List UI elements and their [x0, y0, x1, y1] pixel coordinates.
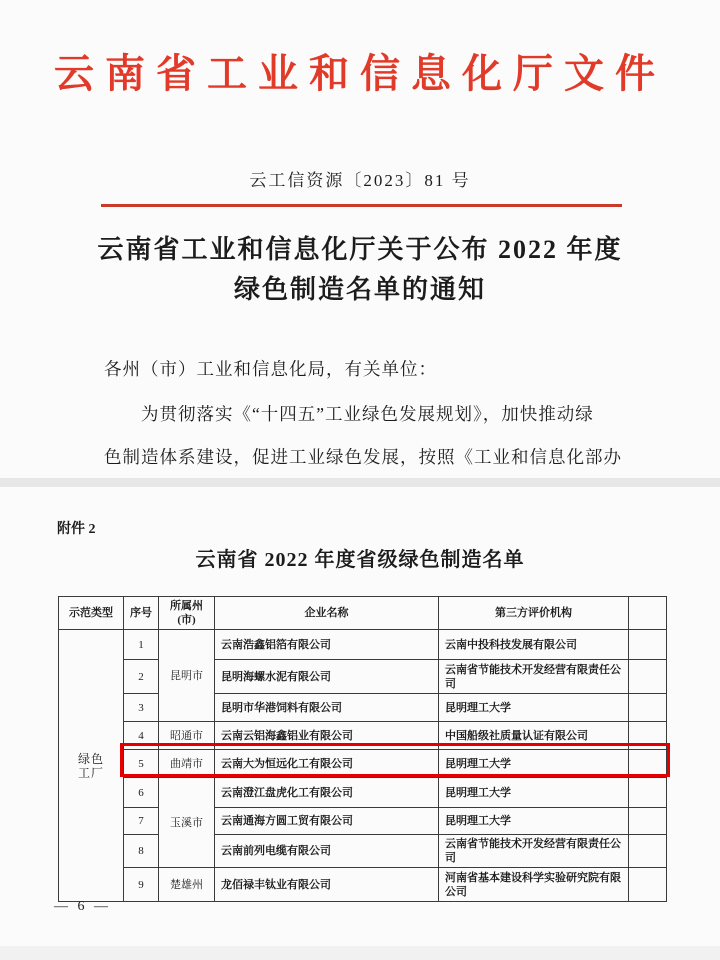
table-row-highlighted: 5 曲靖市 云南大为恒远化工有限公司 昆明理工大学	[59, 750, 667, 778]
region-cell: 玉溪市	[159, 778, 215, 868]
salutation-line: 各州（市）工业和信息化局，有关单位：	[104, 356, 620, 381]
table-header-row: 示范类型 序号 所属州(市) 企业名称 第三方评价机构	[59, 597, 667, 630]
table-row: 8 云南前列电缆有限公司 云南省节能技术开发经营有限责任公司	[59, 835, 667, 868]
blank-cell	[629, 808, 667, 835]
blank-cell	[629, 868, 667, 902]
seq-cell: 2	[124, 660, 159, 694]
green-manufacturing-table: 示范类型 序号 所属州(市) 企业名称 第三方评价机构 绿色 工厂 1 昆明市 …	[58, 596, 667, 902]
category-cell: 绿色 工厂	[59, 630, 124, 902]
evaluator-cell: 昆明理工大学	[439, 694, 629, 722]
company-cell: 云南通海方圆工贸有限公司	[215, 808, 439, 835]
notice-title: 云南省工业和信息化厅关于公布 2022 年度 绿色制造名单的通知	[40, 230, 680, 310]
seq-cell: 5	[124, 750, 159, 778]
green-manufacturing-table-wrap: 示范类型 序号 所属州(市) 企业名称 第三方评价机构 绿色 工厂 1 昆明市 …	[58, 596, 666, 902]
blank-cell	[629, 722, 667, 750]
scanned-document-view: { "colors": { "header_red": "#e23a29", "…	[0, 0, 720, 960]
region-cell: 楚雄州	[159, 868, 215, 902]
company-cell: 昆明海螺水泥有限公司	[215, 660, 439, 694]
header-company: 企业名称	[215, 597, 439, 630]
notice-title-line1: 云南省工业和信息化厅关于公布 2022 年度	[40, 230, 680, 270]
seq-cell: 8	[124, 835, 159, 868]
table-row: 6 玉溪市 云南澄江盘虎化工有限公司 昆明理工大学	[59, 778, 667, 808]
header-blank	[629, 597, 667, 630]
table-row: 4 昭通市 云南云铝海鑫铝业有限公司 中国船级社质量认证有限公司	[59, 722, 667, 750]
company-cell: 云南澄江盘虎化工有限公司	[215, 778, 439, 808]
evaluator-cell: 云南省节能技术开发经营有限责任公司	[439, 835, 629, 868]
body-paragraph-line2: 色制造体系建设，促进工业绿色发展，按照《工业和信息化部办	[104, 444, 620, 469]
document-page-1: 云南省工业和信息化厅文件 云工信资源〔2023〕81 号 云南省工业和信息化厅关…	[0, 0, 720, 478]
company-cell: 云南云铝海鑫铝业有限公司	[215, 722, 439, 750]
company-cell: 龙佰禄丰钛业有限公司	[215, 868, 439, 902]
document-page-2: 附件 2 云南省 2022 年度省级绿色制造名单 示范类型 序号 所属州(市) …	[0, 487, 720, 946]
table-row: 7 云南通海方圆工贸有限公司 昆明理工大学	[59, 808, 667, 835]
blank-cell	[629, 750, 667, 778]
region-cell: 曲靖市	[159, 750, 215, 778]
blank-cell	[629, 835, 667, 868]
evaluator-cell: 云南省节能技术开发经营有限责任公司	[439, 660, 629, 694]
table-row: 2 昆明海螺水泥有限公司 云南省节能技术开发经营有限责任公司	[59, 660, 667, 694]
table-row: 3 昆明市华港饲料有限公司 昆明理工大学	[59, 694, 667, 722]
seq-cell: 4	[124, 722, 159, 750]
region-cell: 昆明市	[159, 630, 215, 722]
seq-cell: 9	[124, 868, 159, 902]
header-seq: 序号	[124, 597, 159, 630]
company-cell: 昆明市华港饲料有限公司	[215, 694, 439, 722]
seq-cell: 1	[124, 630, 159, 660]
seq-cell: 6	[124, 778, 159, 808]
agency-letterhead-title: 云南省工业和信息化厅文件	[0, 42, 720, 99]
evaluator-cell: 中国船级社质量认证有限公司	[439, 722, 629, 750]
document-number: 云工信资源〔2023〕81 号	[0, 166, 720, 191]
blank-cell	[629, 778, 667, 808]
page-number: — 6 —	[54, 899, 111, 915]
page-gap-divider	[0, 478, 720, 487]
header-region: 所属州(市)	[159, 597, 215, 630]
company-cell: 云南浩鑫铝箔有限公司	[215, 630, 439, 660]
blank-cell	[629, 630, 667, 660]
table-title: 云南省 2022 年度省级绿色制造名单	[40, 543, 680, 572]
seq-cell: 3	[124, 694, 159, 722]
notice-title-line2: 绿色制造名单的通知	[40, 270, 680, 310]
evaluator-cell: 昆明理工大学	[439, 750, 629, 778]
seq-cell: 7	[124, 808, 159, 835]
evaluator-cell: 河南省基本建设科学实验研究院有限公司	[439, 868, 629, 902]
header-evaluator: 第三方评价机构	[439, 597, 629, 630]
header-category: 示范类型	[59, 597, 124, 630]
region-cell: 昭通市	[159, 722, 215, 750]
table-row: 绿色 工厂 1 昆明市 云南浩鑫铝箔有限公司 云南中投科技发展有限公司	[59, 630, 667, 660]
evaluator-cell: 昆明理工大学	[439, 808, 629, 835]
blank-cell	[629, 694, 667, 722]
red-divider-rule	[101, 204, 622, 207]
blank-cell	[629, 660, 667, 694]
evaluator-cell: 云南中投科技发展有限公司	[439, 630, 629, 660]
evaluator-cell: 昆明理工大学	[439, 778, 629, 808]
attachment-label: 附件 2	[57, 518, 96, 538]
company-cell: 云南前列电缆有限公司	[215, 835, 439, 868]
table-row: 9 楚雄州 龙佰禄丰钛业有限公司 河南省基本建设科学实验研究院有限公司	[59, 868, 667, 902]
body-paragraph-line1: 为贯彻落实《“十四五”工业绿色发展规划》，加快推动绿	[104, 401, 620, 426]
company-cell: 云南大为恒远化工有限公司	[215, 750, 439, 778]
